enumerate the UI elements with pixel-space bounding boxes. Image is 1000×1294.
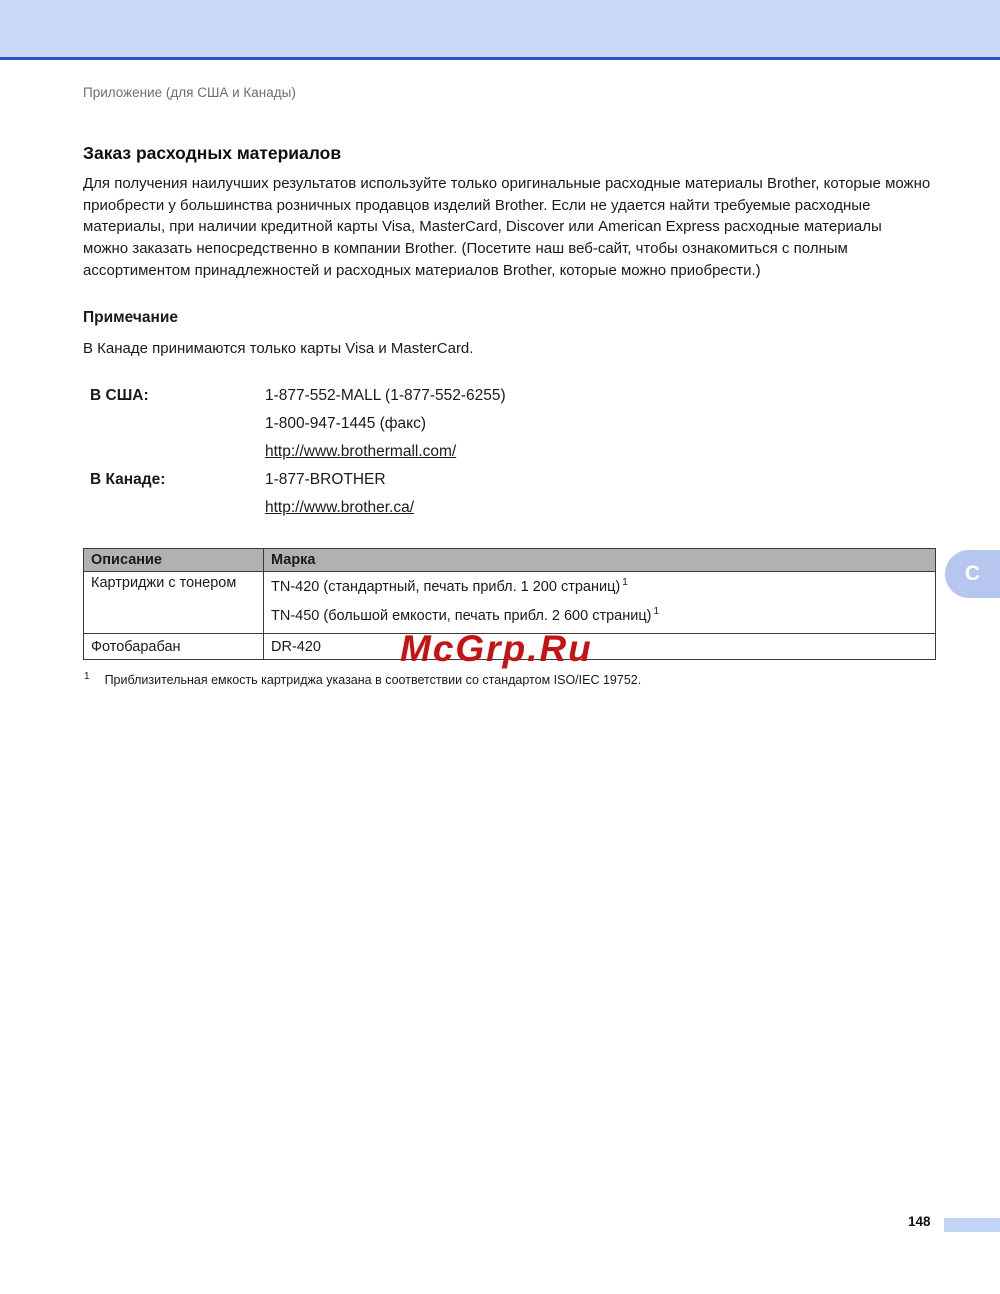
supply-description: Фотобарабан — [84, 634, 264, 660]
footnote-text: Приблизительная емкость картриджа указан… — [105, 673, 642, 687]
usa-phone-fax: 1-800-947-1445 (факс) — [265, 415, 426, 433]
supply-brands: DR-420 — [264, 634, 936, 660]
footnote-ref: 1 — [653, 606, 659, 617]
brothermall-url[interactable]: http://www.brothermall.com/ — [265, 443, 456, 460]
usa-website-link[interactable]: http://www.brothermall.com/ — [265, 443, 456, 461]
column-header-description: Описание — [84, 549, 264, 572]
footnote-ref: 1 — [622, 577, 628, 588]
canada-phone: 1-877-BROTHER — [265, 471, 386, 489]
footer-band — [944, 1218, 1000, 1232]
table-header-row: Описание Марка — [84, 549, 936, 572]
note-text: В Канаде принимаются только карты Visa и… — [83, 340, 473, 357]
document-page: Приложение (для США и Канады) Заказ расх… — [0, 0, 1000, 1294]
canada-label: В Канаде: — [90, 471, 165, 489]
section-tab-label: C — [965, 562, 980, 586]
supply-brands: TN-420 (стандартный, печать прибл. 1 200… — [264, 572, 936, 634]
header-band — [0, 0, 1000, 60]
canada-website-link[interactable]: http://www.brother.ca/ — [265, 499, 414, 517]
table-row: Картриджи с тонером TN-420 (стандартный,… — [84, 572, 936, 634]
brand-line: TN-450 (большой емкости, печать прибл. 2… — [271, 608, 929, 624]
intro-paragraph: Для получения наилучших результатов испо… — [83, 173, 931, 282]
section-title: Заказ расходных материалов — [83, 143, 341, 164]
brother-ca-url[interactable]: http://www.brother.ca/ — [265, 499, 414, 516]
note-title: Примечание — [83, 309, 178, 327]
column-header-brand: Марка — [264, 549, 936, 572]
footnote-marker: 1 — [84, 671, 90, 682]
page-number: 148 — [908, 1214, 931, 1229]
usa-phone-primary: 1-877-552-MALL (1-877-552-6255) — [265, 387, 506, 405]
footnote: 1Приблизительная емкость картриджа указа… — [84, 671, 641, 687]
supply-description: Картриджи с тонером — [84, 572, 264, 634]
usa-label: В США: — [90, 387, 149, 405]
running-header: Приложение (для США и Канады) — [83, 85, 296, 100]
watermark: McGrp.Ru — [400, 628, 593, 670]
brand-line: TN-420 (стандартный, печать прибл. 1 200… — [271, 579, 929, 595]
section-tab-c: C — [945, 550, 1000, 598]
